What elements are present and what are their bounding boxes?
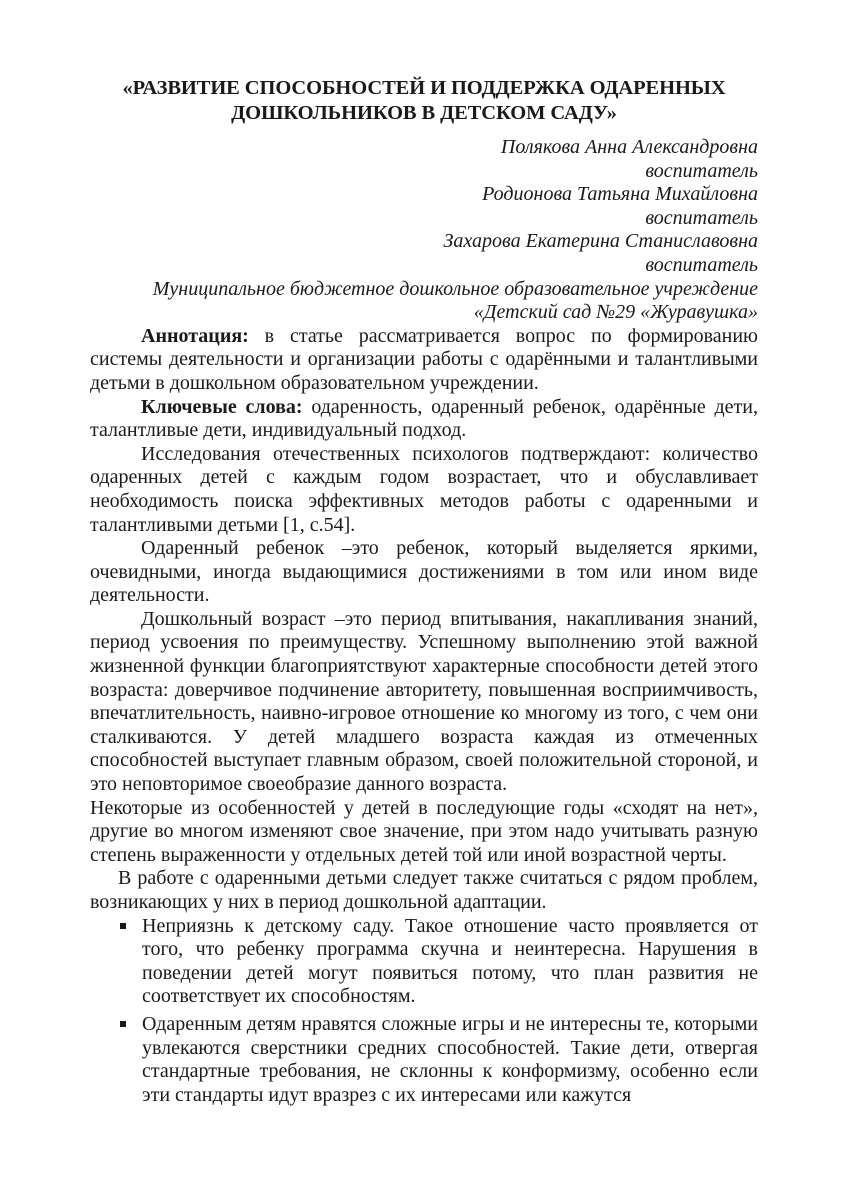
- list-item: Одаренным детям нравятся сложные игры и …: [142, 1013, 758, 1107]
- body-paragraph: В работе с одаренными детьми следует так…: [90, 867, 758, 914]
- square-bullet-icon: [120, 923, 126, 929]
- list-item-text: Неприязнь к детскому саду. Такое отношен…: [142, 915, 758, 1008]
- title-line-2: ДОШКОЛЬНИКОВ В ДЕТСКОМ САДУ»: [90, 101, 758, 126]
- document-page: «РАЗВИТИЕ СПОСОБНОСТЕЙ И ПОДДЕРЖКА ОДАРЕ…: [90, 76, 758, 1111]
- square-bullet-icon: [120, 1021, 126, 1027]
- institution-line-1: Муниципальное бюджетное дошкольное образ…: [90, 278, 758, 302]
- body-paragraph: Исследования отечественных психологов по…: [90, 443, 758, 537]
- author-role: воспитатель: [90, 254, 758, 278]
- annotation-label: Аннотация:: [141, 325, 249, 347]
- author-role: воспитатель: [90, 160, 758, 184]
- document-title: «РАЗВИТИЕ СПОСОБНОСТЕЙ И ПОДДЕРЖКА ОДАРЕ…: [90, 76, 758, 126]
- problems-list: Неприязнь к детскому саду. Такое отношен…: [90, 915, 758, 1108]
- author-role: воспитатель: [90, 207, 758, 231]
- document-body: Аннотация: в статье рассматривается вопр…: [90, 325, 758, 1108]
- author-name: Захарова Екатерина Станиславовна: [90, 230, 758, 254]
- author-name: Родионова Татьяна Михайловна: [90, 183, 758, 207]
- annotation-paragraph: Аннотация: в статье рассматривается вопр…: [90, 325, 758, 396]
- list-item-text: Одаренным детям нравятся сложные игры и …: [142, 1013, 758, 1106]
- institution-line-2: «Детский сад №29 «Журавушка»: [90, 301, 758, 325]
- list-item: Неприязнь к детскому саду. Такое отношен…: [142, 915, 758, 1009]
- author-name: Полякова Анна Александровна: [90, 136, 758, 160]
- body-paragraph: Некоторые из особенностей у детей в посл…: [90, 797, 758, 868]
- title-line-1: «РАЗВИТИЕ СПОСОБНОСТЕЙ И ПОДДЕРЖКА ОДАРЕ…: [90, 76, 758, 101]
- keywords-paragraph: Ключевые слова: одаренность, одаренный р…: [90, 396, 758, 443]
- authors-block: Полякова Анна Александровна воспитатель …: [90, 136, 758, 325]
- body-paragraph: Одаренный ребенок –это ребенок, который …: [90, 537, 758, 608]
- keywords-label: Ключевые слова:: [141, 396, 303, 418]
- body-paragraph: Дошкольный возраст –это период впитывани…: [90, 608, 758, 797]
